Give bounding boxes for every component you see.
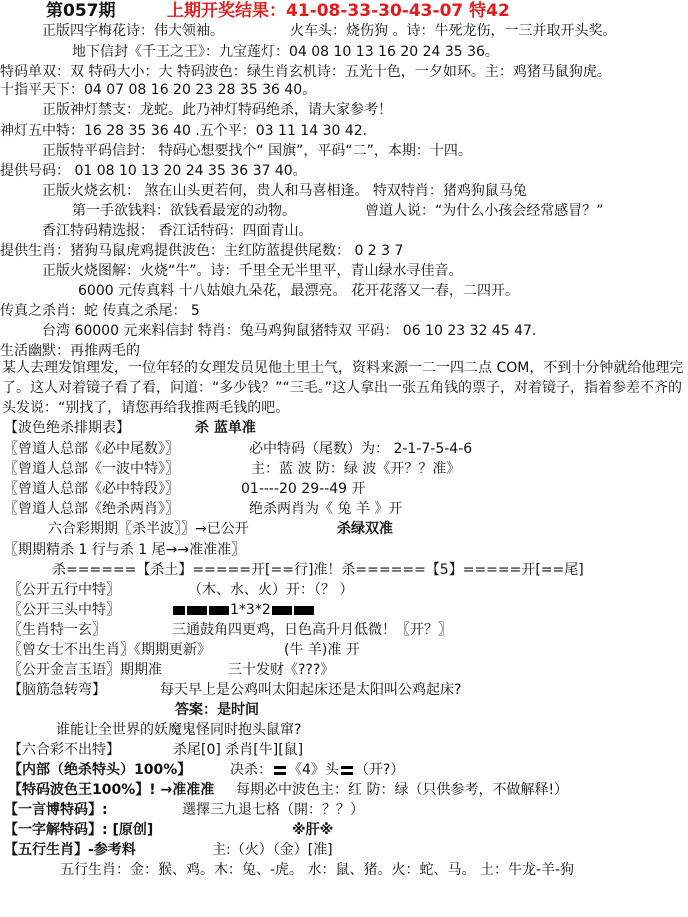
lamp-five: 神灯五中特：16 28 35 36 40 .五个平：03 11 14 30 42… [0, 122, 367, 140]
table1-row-value: 01----20 29--49 开 [241, 480, 365, 498]
fax-6000: 6000 元传真料 十八姑娘九朵花，最漂亮。 花开花落又一春，二四开。 [78, 282, 519, 300]
issue-number: 第057期 [46, 2, 116, 20]
ten-fingers: 十指平天下：04 07 08 16 20 23 28 35 36 40。 [0, 81, 316, 99]
table2-row-label: 〖公开五行中特〗 [8, 581, 120, 599]
riddle-label: 【脑筋急转弯】 [8, 681, 106, 699]
kill-row-value: 杀======【杀土】=====开[==行]准！杀======【5】=====开… [52, 561, 584, 579]
zeng-daoren-quote: 曾道人说：“为什么小孩会经常感冒？” [365, 202, 604, 220]
three-head-digits: 1*3*2 [230, 602, 271, 618]
table2-row-value: 三通鼓角四更鸡，日色高升月低微！〖开？〗 [172, 621, 452, 639]
table1-row-value: 必中特码（尾数）为： 2-1-7-5-4-6 [249, 440, 472, 458]
table3-row-value: ※肝※ [292, 821, 333, 839]
double-bar-icon [274, 766, 286, 775]
decide-kill-prefix: 决杀： [230, 762, 272, 778]
fax-kill: 传真之杀肖：蛇 传真之杀尾： 5 [0, 302, 200, 320]
table3-row-value: 主:（火）（金）[准] [212, 841, 333, 859]
wave-table-title: 【波色绝杀排期表】 [4, 419, 130, 437]
special-odd-even: 特码单双：双 特码大小：大 特码波色：绿生肖玄机诗：五光十色，一夕如环。主：鸡猪… [0, 63, 611, 81]
xiangjiang-report: 香江特码精选报： 香江话特码：四面青山。 [42, 222, 312, 240]
humor-story: 某人去理发馆理发，一位年轻的女理发员见他土里土气，资料来源一二一四二点 COM，… [2, 358, 686, 418]
black-bar-icon [187, 606, 207, 615]
table3-row-label: 【内部（绝杀特头）100%】 [8, 761, 191, 779]
table2-row-label: 〖曾女士不出生肖〗《期期更新》 [8, 641, 211, 659]
kill-row-label: 〖期期精杀 1 行与杀 1 尾→→准准准〗 [4, 541, 245, 559]
decide-kill-head: 《4》头 [288, 762, 339, 778]
table1-row-label: 〖曾道人总部《绝杀两肖》〗 [4, 500, 179, 518]
table3-row-label: 【特码波色王100%】! →准准准 [8, 781, 214, 799]
table1-row-label: 〖曾道人总部《必中尾数》〗 [4, 440, 179, 458]
table3-row-label: 【六合彩不出特】 [8, 741, 120, 759]
table3-row-value: 杀尾[0] 杀肖[牛][鼠] [173, 741, 303, 759]
table3-row-value: 决杀：《4》头（开?） [230, 761, 404, 779]
train-head: 火车头：烧伤狗 。诗：牛死龙伤，一三并取开头奖。 [290, 22, 616, 40]
table2-row-label: 〖生肖特一玄〗 [8, 621, 106, 639]
table2-row-label: 〖公开金言玉语〗期期准 [8, 661, 162, 679]
table2-row-value: (牛 羊)准 开 [284, 641, 360, 659]
three-head-value: 1*3*2 [172, 601, 315, 619]
underground-envelope: 地下信封《千王之王》：九宝莲灯：04 08 10 13 16 20 24 35 … [72, 43, 499, 61]
table1-row-value: 绝杀两肖为《 兔 羊 》开 [249, 500, 402, 518]
provided-numbers: 提供号码： 01 08 10 13 20 24 35 36 37 40。 [0, 162, 307, 180]
first-hand-tip: 第一手欲钱料：欲钱看最宠的动物。 [72, 202, 296, 220]
table1-row-label: 〖曾道人总部《必中特段》〗 [4, 480, 179, 498]
wave-table-verdict: 杀 蓝单准 [195, 419, 256, 437]
table2-row-value: 三十发财《???》 [228, 661, 334, 679]
last-draw-result: 上期开奖结果：41-08-33-30-43-07 特42 [167, 2, 510, 20]
provided-zodiac: 提供生肖：猪狗马鼠虎鸡提供波色：主红防蓝提供尾数： 0 2 3 7 [0, 242, 403, 260]
table3-row-value: 每期必中波色主：红 防：绿（只供参考，不做解释!） [236, 781, 568, 799]
plum-poem: 正版四字梅花诗：伟大领袖。 [42, 22, 224, 40]
black-bar-icon [294, 606, 314, 615]
halfwave-value: 杀绿双准 [337, 520, 393, 538]
table3-row-label: 【五行生肖】-参考料 [4, 841, 136, 859]
riddle-answer: 答案：是时间 [175, 701, 259, 719]
table3-row-label: 【一字解特码】: [原创] [4, 821, 153, 839]
decide-kill-suffix: （开?） [355, 762, 404, 778]
table1-row-label: 〖曾道人总部《一波中特》〗 [4, 460, 179, 478]
lamp-ban: 正版神灯禁支：龙蛇。此乃神灯特码绝杀，请大家参考！ [42, 101, 392, 119]
special-flat-envelope: 正版特平码信封： 特码心想要找个“ 国旗”，平码“二”，本期：十四。 [42, 142, 472, 160]
black-bar-icon [173, 606, 185, 615]
black-bar-icon [209, 606, 229, 615]
fire-mystery: 正版火烧玄机： 煞在山头更若何，贵人和马喜相逢。 特双特肖：猪鸡狗鼠马兔 [42, 182, 527, 200]
double-bar-icon [341, 766, 353, 775]
table1-row-value: 主：蓝 波 防：绿 波《开？？准》 [251, 460, 460, 478]
table3-row-label: 【一言博特码】: [4, 801, 108, 819]
black-bar-icon [272, 606, 292, 615]
halfwave-label: 六合彩期期〖杀半波〗〗→已公开 [48, 520, 249, 538]
table3-row-value: 選擇三九退七格（開：？？） [182, 801, 364, 819]
taiwan-envelope: 台湾 60000 元来料信封 特肖：兔马鸡狗鼠猪特双 平码： 06 10 23 … [42, 322, 536, 340]
riddle-question: 每天早上是公鸡叫太阳起床还是太阳叫公鸡起床? [160, 681, 461, 699]
five-elements-zodiac: 五行生肖：金：猴、鸡。木：兔、-虎。 水：鼠、猪。火：蛇、马。 土：牛龙-羊-狗 [60, 861, 574, 879]
table2-row-label: 〖公开三头中特〗 [8, 601, 120, 619]
fire-diagram: 正版火烧图解：火烧“牛”。诗：千里全无半里平，青山绿水寻佳音。 [42, 262, 463, 280]
table2-row-value: （木、水、火）开：（？ ） [188, 581, 353, 599]
riddle-question-2: 谁能让全世界的妖魔鬼怪同时抱头鼠窜? [56, 721, 301, 739]
